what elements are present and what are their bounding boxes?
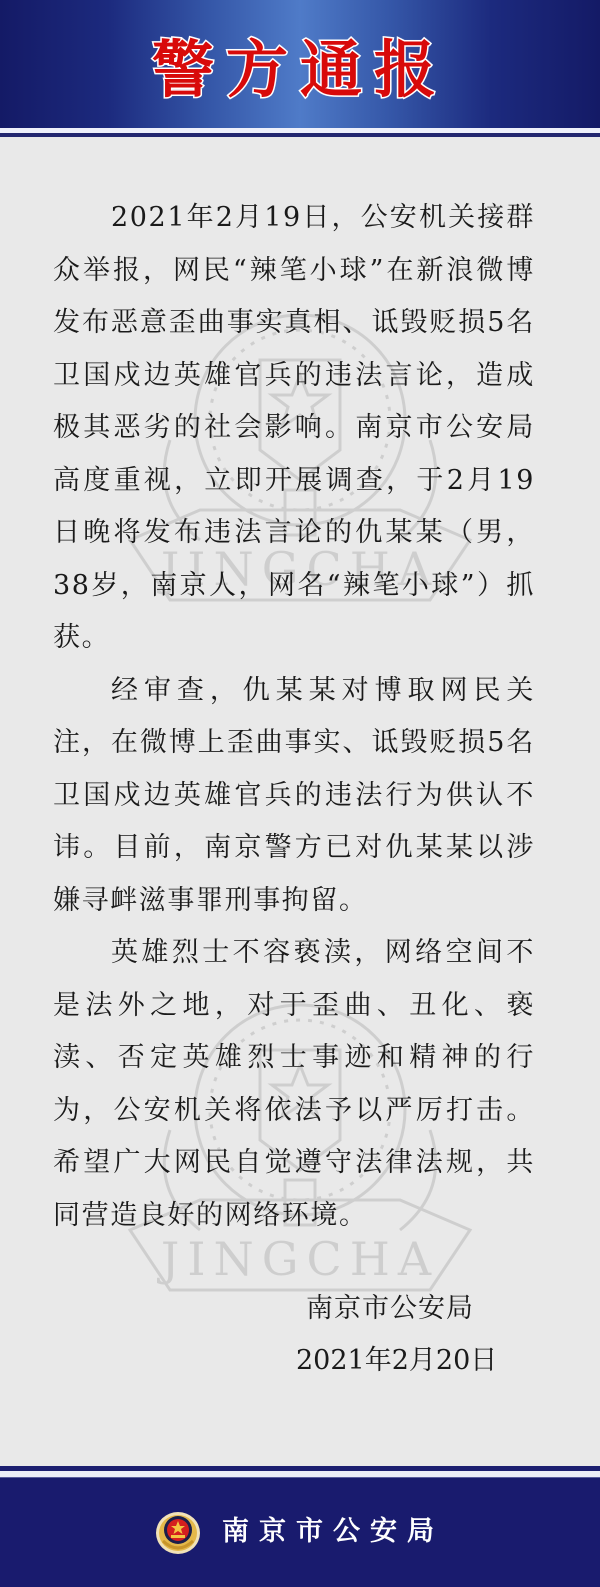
signature-date: 2021年2月20日 xyxy=(0,1338,600,1377)
notice-body: 2021年2月19日，公安机关接群众举报，网民“辣笔小球”在新浪微博发布恶意歪曲… xyxy=(53,192,535,1242)
header-banner: 警方通报 xyxy=(0,0,600,128)
footer-organization-name: 南京市公安局 xyxy=(222,1512,444,1552)
notice-paragraph-investigation: 经审查，仇某某对博取网民关注，在微博上歪曲事实、诋毁贬损5名卫国戍边英雄官兵的违… xyxy=(53,665,535,928)
police-emblem-icon xyxy=(155,1511,201,1555)
notice-paragraph-warning: 英雄烈士不容亵渎，网络空间不是法外之地，对于歪曲、丑化、亵渎、否定英雄烈士事迹和… xyxy=(53,927,535,1242)
signature-organization: 南京市公安局 xyxy=(0,1286,600,1325)
header-divider-navy xyxy=(0,133,600,137)
footer-divider-white xyxy=(0,1471,600,1478)
page-title: 警方通报 xyxy=(0,30,600,110)
footer-banner: 南京市公安局 xyxy=(0,1478,600,1587)
notice-paragraph-incident: 2021年2月19日，公安机关接群众举报，网民“辣笔小球”在新浪微博发布恶意歪曲… xyxy=(53,192,535,665)
